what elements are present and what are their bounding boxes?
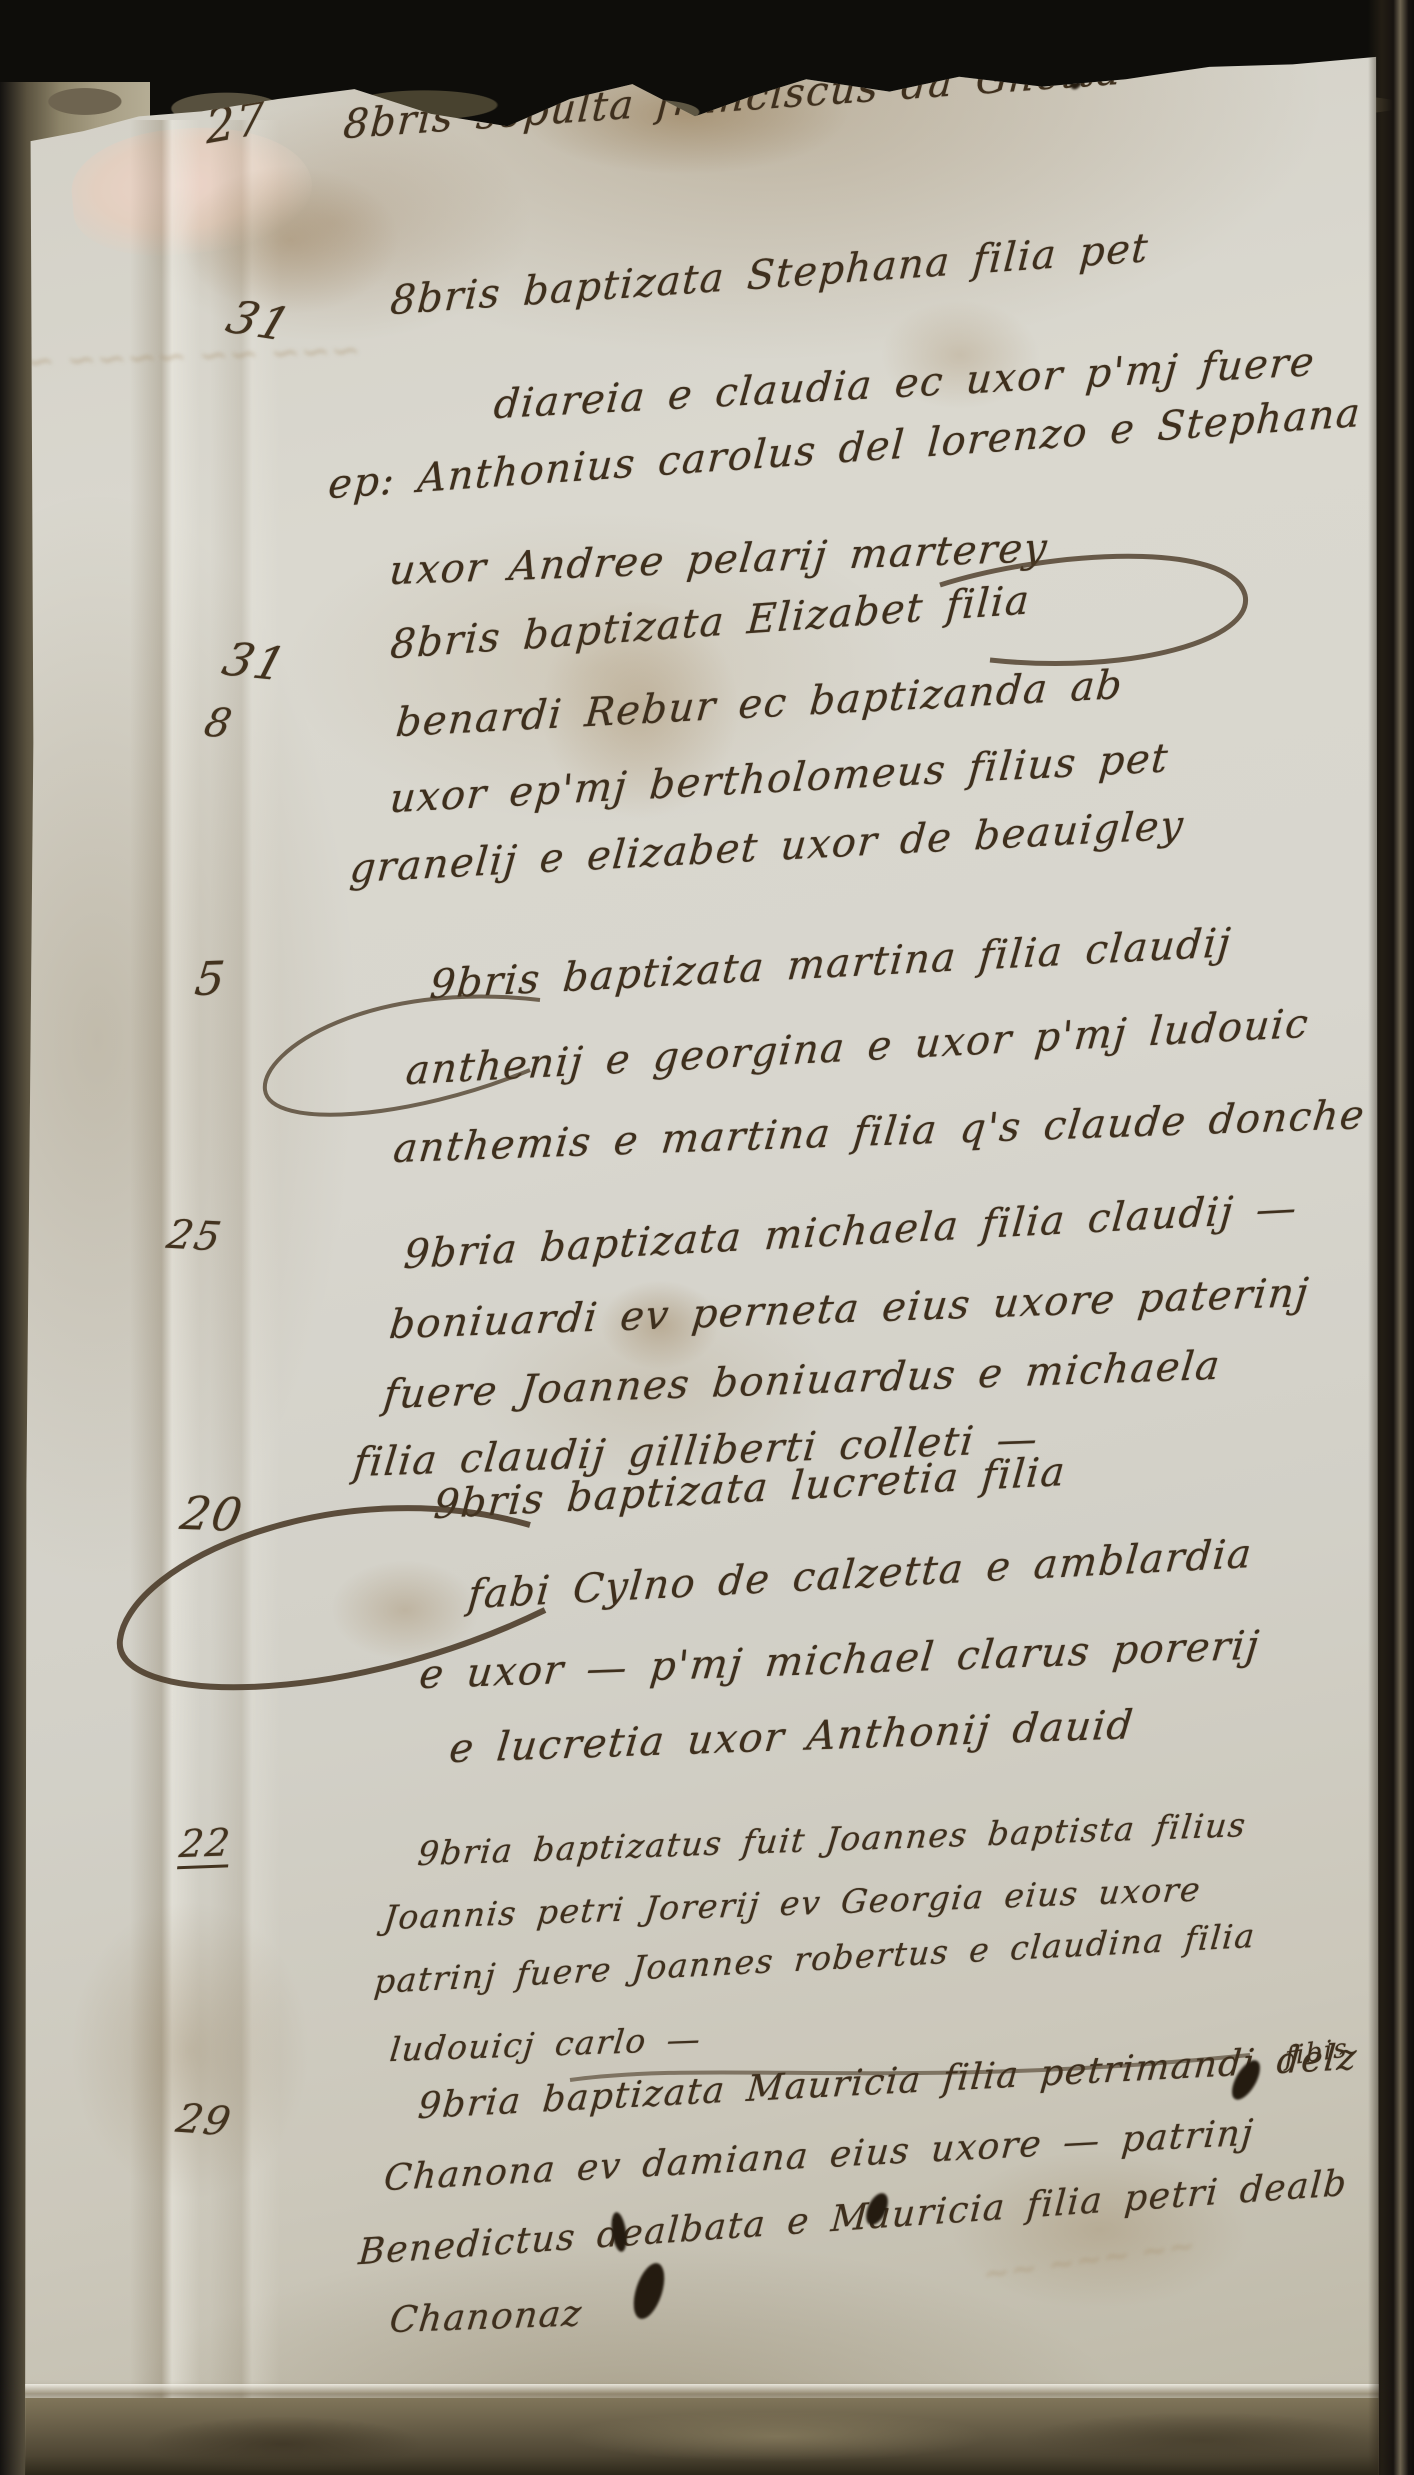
bleed-through-text: ~~~ ~~ ~~~~ ~~ [0, 330, 361, 384]
margin-day: 31 [217, 632, 293, 691]
margin-day: 29 [172, 2096, 235, 2145]
register-line: 8bris baptizata Elizabet filia [389, 577, 1032, 668]
register-line: 8bris baptizata Stephana filia pet [389, 225, 1151, 324]
register-line: Chanonaz [388, 2293, 585, 2341]
bleed-through-text: ~~ ~~~ ~~ [980, 2225, 1198, 2293]
manuscript-page: ~~~ ~~ ~~~~ ~~ ~~ ~~~ ~~ ~~~~ ~~~ 27 8br… [0, 0, 1390, 2475]
margin-day: 22 [177, 1820, 233, 1869]
register-line: boniuardi ev perneta eius uxore paterinj [387, 1270, 1311, 1348]
bottom-crease [20, 2384, 1390, 2394]
register-line: 9bris baptizata martina filia claudij [428, 920, 1234, 1008]
register-line: benardi Rebur ec baptizanda ab [394, 662, 1125, 746]
register-line: 9bria baptizata michaela filia claudij — [402, 1185, 1300, 1278]
register-line: fuere Joannes boniuardus e michaela [381, 1343, 1223, 1418]
margin-day: 20 [177, 1486, 248, 1542]
register-line: ludouicj carlo — [388, 2019, 704, 2069]
register-line: e lucretia uxor Anthonij dauid [447, 1702, 1136, 1772]
gutter-crease [210, 120, 280, 2400]
register-line: e uxor — p'mj michael clarus porerij [417, 1623, 1262, 1699]
register-line: 9bria baptizatus fuit Joannes baptista f… [416, 1805, 1249, 1873]
manuscript-scan: ~~~ ~~ ~~~~ ~~ ~~ ~~~ ~~ ~~~~ ~~~ 27 8br… [0, 0, 1414, 2475]
register-line: fabi Cylno de calzetta e amblardia [466, 1531, 1255, 1618]
book-fore-edge [1368, 0, 1414, 2475]
gutter-crease [130, 120, 200, 2400]
ink-blot [628, 2259, 671, 2322]
margin-day: 5 [192, 951, 228, 1006]
register-line: anthenij e georgina e uxor p'mj ludouic [404, 1001, 1311, 1095]
margin-day: 25 [163, 1212, 226, 1260]
register-line: anthemis e martina filia q's claude donc… [391, 1092, 1367, 1172]
bottom-page-edges [0, 2398, 1414, 2475]
stain [330, 1560, 480, 1660]
